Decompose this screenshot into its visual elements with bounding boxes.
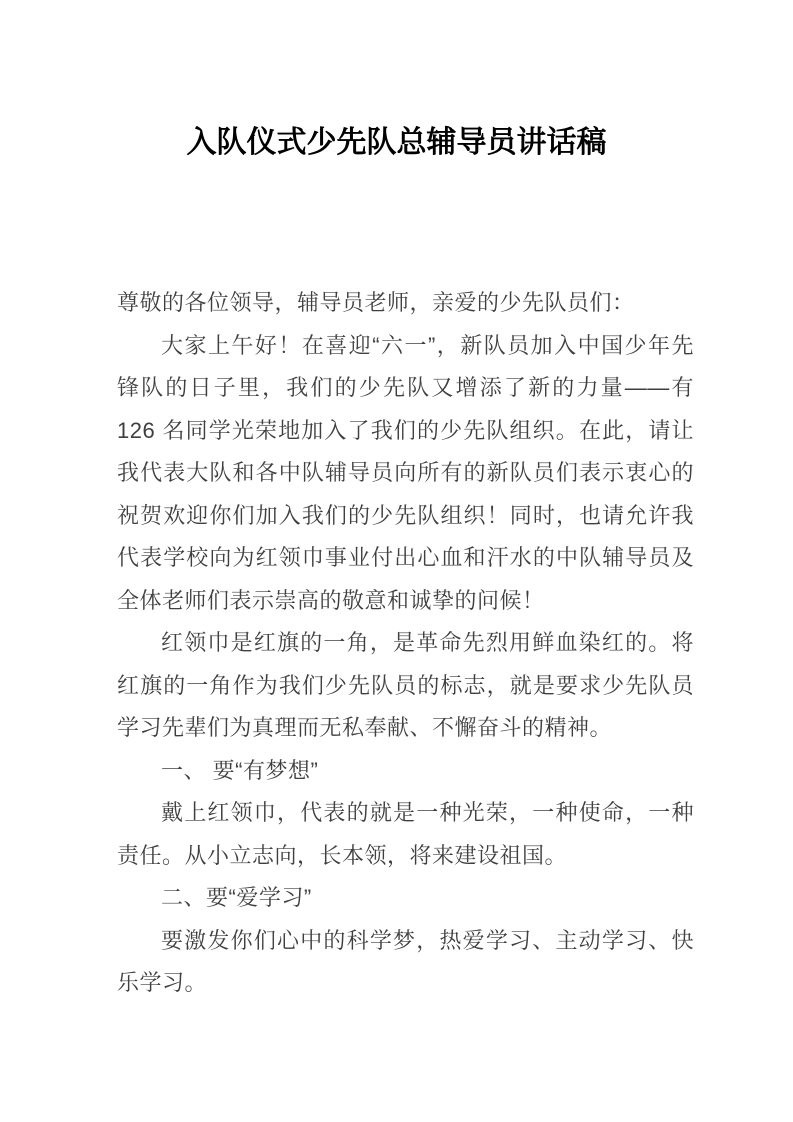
paragraph-greeting: 大家上午好！在喜迎“六一”，新队员加入中国少年先锋队的日子里，我们的少先队又增添… xyxy=(117,325,694,623)
paragraph-red-scarf-meaning: 红领巾是红旗的一角，是革命先烈用鲜血染红的。将红旗的一角作为我们少先队员的标志，… xyxy=(117,622,694,750)
paragraph-point-two-body: 要激发你们心中的科学梦，热爱学习、主动学习、快乐学习。 xyxy=(117,920,694,1005)
document-title: 入队仪式少先队总辅导员讲话稿 xyxy=(0,0,793,162)
paragraph-point-one-heading: 一、 要“有梦想” xyxy=(117,750,694,793)
paragraph-point-two-heading: 二、要“爱学习” xyxy=(117,877,694,920)
document-page: 入队仪式少先队总辅导员讲话稿 尊敬的各位领导，辅导员老师，亲爱的少先队员们： 大… xyxy=(0,0,793,1122)
paragraph-point-one-body: 戴上红领巾，代表的就是一种光荣，一种使命，一种责任。从小立志向，长本领，将来建设… xyxy=(117,792,694,877)
document-body: 尊敬的各位领导，辅导员老师，亲爱的少先队员们： 大家上午好！在喜迎“六一”，新队… xyxy=(0,282,793,1005)
paragraph-salutation: 尊敬的各位领导，辅导员老师，亲爱的少先队员们： xyxy=(117,282,694,325)
